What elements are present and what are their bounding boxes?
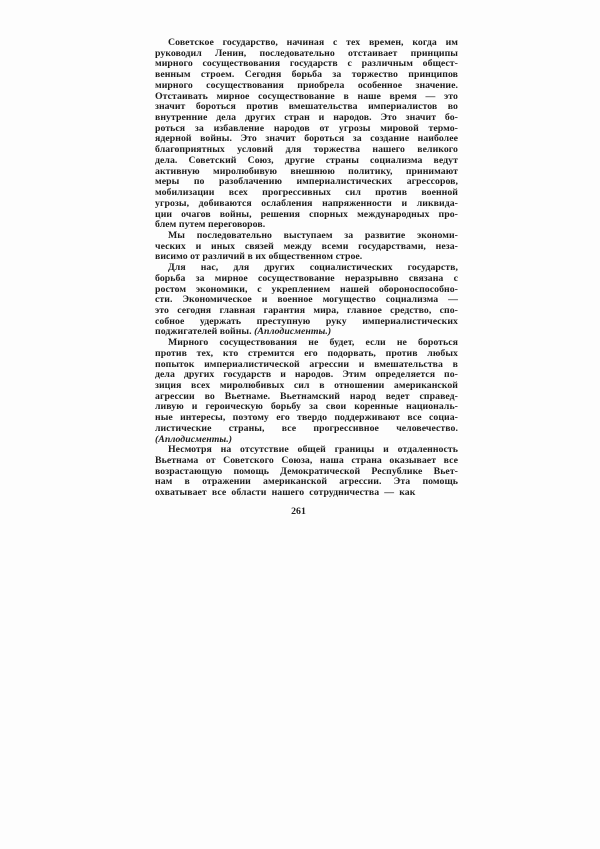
paragraph: Мирного сосуществования не будет, если н… [155, 338, 458, 445]
text-segment: против тех, кто стремится его подорвать,… [155, 348, 458, 359]
italic-text-segment: (Аплодисменты.) [155, 434, 232, 445]
text-segment: борьба за мирное сосуществование неразры… [155, 273, 458, 284]
text-segment: нам в отражении американской агрессии. Э… [155, 476, 458, 487]
text-segment: возрастающую помощь Демократической Респ… [155, 466, 458, 477]
text-segment: благоприятных условий для торжества наше… [155, 144, 458, 155]
book-page: Советское государство, начиная с тех вре… [0, 0, 600, 849]
text-segment: внутренние дела других стран и народов. … [155, 112, 458, 123]
text-segment: сти. Экономическое и военное могущество … [155, 294, 458, 305]
text-segment: Вьетнама от Советского Союза, наша стран… [155, 455, 458, 466]
text-segment: Советское государство, начиная с тех вре… [168, 37, 458, 48]
text-segment: ческих и иных связей между всеми государ… [155, 241, 458, 252]
text-segment: Для нас, для других социалистических гос… [168, 262, 458, 273]
text-segment: это сегодня главная гарантия мира, главн… [155, 305, 458, 316]
body-text: Советское государство, начиная с тех вре… [155, 38, 458, 499]
text-segment: ростом экономики, с укреплением нашей об… [155, 284, 458, 295]
text-segment: ливую и героическую борьбу за свои корен… [155, 401, 458, 412]
text-segment: листические страны, все прогрессивное че… [155, 423, 458, 434]
page-number: 261 [147, 506, 450, 517]
text-segment: блем путем переговоров. [155, 219, 265, 230]
paragraph: Несмотря на отсутствие общей границы и о… [155, 445, 458, 499]
text-segment: ядерной войны. Это значит бороться за со… [155, 133, 458, 144]
text-segment: мирного сосуществования государств с раз… [155, 58, 458, 69]
text-segment: меры по разоблачению империалистических … [155, 176, 458, 187]
paragraph: Мы последовательно выступаем за развитие… [155, 231, 458, 263]
text-segment: попыток империалистической агрессии и вм… [155, 359, 458, 370]
italic-text-segment: (Аплодисменты.) [254, 326, 331, 337]
text-segment: дела других государств и народов. Этим о… [155, 369, 458, 380]
text-segment: висимо от различий в их общественном стр… [155, 251, 362, 262]
text-segment: руководил Ленин, последовательно отстаив… [155, 48, 458, 59]
text-segment: мирного сосуществования приобрела особен… [155, 80, 458, 91]
text-segment: Несмотря на отсутствие общей границы и о… [168, 444, 458, 455]
text-segment: собное удержать преступную руку империал… [155, 316, 458, 327]
paragraph: Для нас, для других социалистических гос… [155, 263, 458, 338]
text-segment: зиция всех миролюбивых сил в отношении а… [155, 380, 458, 391]
text-segment: Мирного сосуществования не будет, если н… [168, 337, 458, 348]
text-segment: ные интересы, поэтому его твердо поддерж… [155, 412, 458, 423]
text-segment: поджигателей войны. [155, 326, 254, 337]
text-segment: венным строем. Сегодня борьба за торжест… [155, 69, 458, 80]
text-segment: агрессии во Вьетнаме. Вьетнамский народ … [155, 391, 458, 402]
text-segment: угрозы, добиваются ослабления напряженно… [155, 198, 458, 209]
text-segment: охватывает все области нашего сотрудниче… [155, 487, 415, 498]
text-segment: дела. Советский Союз, другие страны соци… [155, 155, 458, 166]
text-segment: роться за избавление народов от угрозы м… [155, 123, 458, 134]
paragraph: Советское государство, начиная с тех вре… [155, 38, 458, 231]
text-segment: Отстаивать мирное сосуществование в наше… [155, 91, 458, 102]
text-segment: Мы последовательно выступаем за развитие… [168, 230, 458, 241]
text-segment: мобилизации всех прогрессивных сил проти… [155, 187, 458, 198]
text-segment: активную миролюбивую внешнюю политику, п… [155, 166, 458, 177]
text-line: охватывает все области нашего сотрудниче… [155, 488, 458, 499]
text-segment: значит бороться против вмешательства имп… [155, 101, 458, 112]
text-segment: ции очагов войны, решения спорных междун… [155, 209, 458, 220]
